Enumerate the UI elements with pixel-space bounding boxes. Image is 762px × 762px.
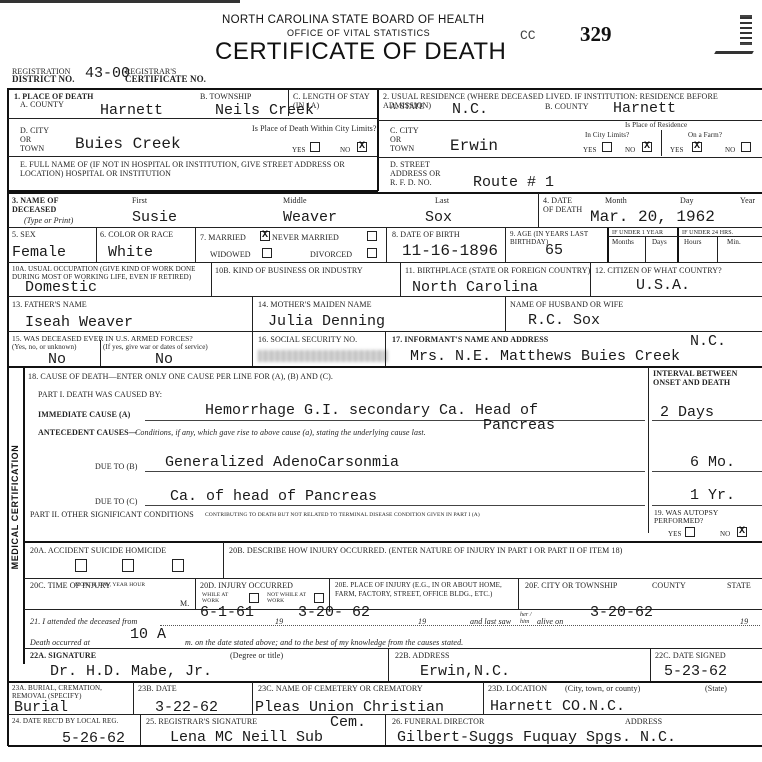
middle-name-label: Middle [283,196,307,205]
divorced-checkbox[interactable] [367,248,377,258]
homicide-checkbox[interactable] [172,559,184,572]
part2-sub-label: CONTRIBUTING TO DEATH BUT NOT RELATED TO… [205,511,480,520]
married-label: 7. MARRIED [200,233,246,242]
rule [160,625,760,626]
rule [24,541,762,543]
rule [8,681,762,683]
pod-city-limits-yes-checkbox[interactable] [310,142,320,152]
autopsy-yes-label: YES [668,530,682,538]
date-received-value: 5-26-62 [62,731,125,747]
hours-label: Hours [684,238,702,247]
res-farm-yes-label: YES [670,146,684,154]
rule [100,340,101,366]
pod-city-limits-label: Is Place of Death Within City Limits? [252,124,377,133]
ssn-label: 16. SOCIAL SECURITY NO. [258,335,357,344]
location-label: 23d. LOCATION [488,684,547,693]
location-state-label: (State) [705,684,727,693]
rule [252,332,253,366]
rule [590,263,591,296]
attended-to-value: 3-20- 62 [298,605,370,621]
months-label: Months [612,238,634,247]
pod-city-label: d. CITY OR TOWN [20,126,50,153]
birthplace-value: North Carolina [412,280,538,296]
armed-forces-label: 15. WAS DECEASED EVER IN U.S. ARMED FORC… [12,334,252,343]
rule [8,296,762,297]
medical-certification-side-label: MEDICAL CERTIFICATION [10,437,24,577]
name-label: 3. NAME OF DECEASED [12,196,72,214]
ssn-redacted [258,350,388,362]
rule [8,192,762,194]
signature-label: 22a. SIGNATURE [30,651,96,660]
death-occurred-suffix: m. on the date stated above; and to the … [185,638,463,647]
last-name-value: Sox [425,210,452,226]
rule [505,228,506,262]
while-at-work-label: WHILE AT WORK [202,592,237,604]
rule [223,542,224,578]
disposition-label: 23a. BURIAL, CREMATION, REMOVAL (Specify… [12,684,132,700]
rule [385,332,386,366]
last-saw-date-value: 3-20-62 [590,605,653,621]
location-value: Harnett CO.N.C. [490,699,625,715]
middle-name-value: Weaver [283,210,337,226]
res-farm-no-label: NO [725,146,735,154]
res-place-label: Is Place of Residence [625,121,687,129]
while-at-work-checkbox[interactable] [249,593,259,603]
date-received-label: 24. DATE REC'D BY LOCAL REG. [12,717,142,725]
res-state-value: N.C. [452,102,488,118]
rule [607,228,609,262]
attended-from-value: 6-1-61 [200,605,254,621]
date-signed-value: 5-23-62 [664,664,727,680]
degree-label: (Degree or title) [230,651,283,660]
rule [400,263,401,296]
suicide-checkbox[interactable] [122,559,134,572]
rule [133,682,134,714]
physician-address-value: Erwin,N.C. [420,664,510,680]
burial-date-label: 23b. DATE [138,684,177,693]
pod-township-label: b. TOWNSHIP [200,92,251,101]
rule [8,118,377,119]
dob-label: 8. DATE OF BIRTH [392,230,460,239]
spouse-label: NAME OF HUSBAND OR WIFE [510,300,623,309]
death-occurred-label: Death occurred at [30,638,90,647]
rule [195,228,196,262]
form-left-border [7,88,9,746]
rule [483,682,484,714]
rule [645,236,646,262]
rule [717,236,718,262]
cemetery-continued: Cem. [330,715,366,731]
certificate-number: 329 [580,22,612,47]
rule [386,228,387,262]
rule [145,471,645,472]
father-label: 13. FATHER'S NAME [12,300,87,309]
accident-checkbox[interactable] [75,559,87,572]
due-to-b-value: Generalized AdenoCarsonmia [165,455,399,471]
date-of-death-value: Mar. 20, 1962 [590,209,715,225]
res-city-value: Erwin [450,138,498,154]
rule [252,682,253,714]
rule [145,505,645,506]
sex-value: Female [12,245,66,261]
autopsy-label: 19. WAS AUTOPSY PERFORMED? [654,509,759,525]
res-city-label: c. CITY OR TOWN [390,126,420,153]
days-label: Days [652,238,667,247]
injury-description-label: 20b. DESCRIBE HOW INJURY OCCURRED. (Ente… [229,546,622,555]
pod-length-of-stay-label: c. LENGTH OF STAY (in 1a) [293,92,373,110]
form-top-border [8,88,762,90]
sex-label: 5. SEX [12,230,36,239]
citizen-label: 12. CITIZEN OF WHAT COUNTRY? [595,266,722,275]
due-to-b-label: DUE TO (b) [95,462,137,471]
rule [652,471,762,472]
due-to-c-label: DUE TO (c) [95,497,137,506]
rule [252,297,253,331]
citizen-value: U.S.A. [636,278,690,294]
place-of-injury-label: 20e. PLACE OF INJURY (e.g., in or about … [335,581,515,599]
top-edge-shadow [0,0,240,3]
mother-label: 14. MOTHER'S MAIDEN NAME [258,300,372,309]
funeral-address-label: ADDRESS [625,717,662,726]
never-married-label: NEVER MARRIED [272,233,339,242]
location-sub-label: (City, town, or county) [565,684,640,693]
rule [518,579,519,609]
dod-year-label: Year [740,196,755,205]
rule [96,228,97,262]
age-value: 65 [545,243,563,259]
res-city-limits-label: In City Limits? [585,131,629,139]
first-name-label: First [132,196,147,205]
signature-value: Dr. H.D. Mabe, Jr. [50,664,212,680]
registration-district-number: 43-00 [85,66,130,82]
interval-b-value: 6 Mo. [690,455,735,471]
rule [538,193,539,227]
spouse-value: R.C. Sox [528,313,600,329]
informant-label: 17. INFORMANT'S NAME AND ADDRESS [392,335,548,344]
rule [8,156,377,157]
rule [8,227,762,228]
occupation-value: Domestic [25,280,97,296]
res-city-yes-label: YES [583,146,597,154]
rule [661,130,662,156]
interval-label: INTERVAL BETWEEN ONSET AND DEATH [653,369,762,387]
time-sub-label: MONTH, DAY, YEAR HOUR [75,581,145,590]
rule [195,579,196,609]
autopsy-no-checkbox[interactable]: X [737,527,747,537]
pod-city-limits-no-label: NO [340,146,350,154]
cause-header: 18. CAUSE OF DEATH—ENTER ONLY ONE CAUSE … [28,372,333,381]
mother-value: Julia Denning [268,314,385,330]
antecedent-label: ANTECEDENT CAUSES— [38,428,137,437]
name-sub-label: (Type or Print) [24,216,73,225]
corner-stamp-icon [715,15,755,59]
widowed-label: WIDOWED [210,250,251,259]
office-title: OFFICE OF VITAL STATISTICS [287,28,430,38]
pod-city-value: Buies Creek [75,136,181,152]
dod-day-label: Day [680,196,694,205]
never-married-checkbox[interactable] [367,231,377,241]
antecedent-text: Conditions, if any, which gave rise to a… [135,428,426,437]
rule [378,157,762,158]
rule [608,236,762,237]
injury-occurred-label: 20d. INJURY OCCURRED [200,581,293,590]
pod-hospital-label: e. FULL NAME OF (If not in hospital or i… [20,160,380,178]
rule [505,297,506,331]
part1-label: PART I. DEATH WAS CAUSED BY: [38,390,162,399]
rule [677,228,679,262]
registrar-signature-value: Lena MC Neill Sub [170,730,323,746]
not-while-at-work-checkbox[interactable] [314,593,324,603]
res-farm-label: On a Farm? [688,131,722,139]
autopsy-yes-checkbox[interactable] [685,527,695,537]
res-county-label: b. COUNTY [545,102,589,111]
rule [24,578,762,579]
interval-c-value: 1 Yr. [690,488,735,504]
res-farm-no-checkbox[interactable] [741,142,751,152]
rule [8,262,762,263]
immediate-cause-continued: Pancreas [483,418,555,434]
married-checkbox[interactable]: X [260,231,270,241]
her-him-label: her / him [520,612,532,626]
part2-label: PART II. OTHER SIGNIFICANT CONDITIONS [30,510,194,519]
res-city-no-label: NO [625,146,635,154]
last-name-label: Last [435,196,449,205]
death-time-value: 10 A [130,627,166,643]
city-township-label: 20f. CITY OR TOWNSHIP [525,581,617,590]
res-city-limits-yes-checkbox[interactable] [602,142,612,152]
res-city-limits-no-checkbox[interactable]: X [642,142,652,152]
min-label: Min. [727,238,741,247]
funeral-director-label: 26. FUNERAL DIRECTOR [392,717,484,726]
registrar-cert-label-2: CERTIFICATE NO. [125,75,206,84]
cemetery-label: 23c. NAME OF CEMETERY OR CREMATORY [258,684,423,693]
rule [145,420,645,421]
pod-city-limits-no-checkbox[interactable]: X [357,142,367,152]
date-signed-label: 22c. DATE SIGNED [655,651,726,660]
immediate-cause-label: IMMEDIATE CAUSE (a) [38,410,130,419]
pod-city-limits-yes-label: YES [292,146,306,154]
injury-county-label: COUNTY [652,581,686,590]
widowed-checkbox[interactable] [262,248,272,258]
res-street-value: Route # 1 [473,175,554,191]
rule [388,649,389,681]
attended-label: 21. I attended the deceased from [30,617,137,626]
rule [211,263,212,296]
res-county-value: Harnett [613,101,676,117]
birthplace-label: 11. BIRTHPLACE (State or foreign country… [405,266,590,275]
father-value: Iseah Weaver [25,315,133,331]
pod-county-label: a. COUNTY [20,100,64,109]
informant-state: N.C. [690,334,726,350]
rule [652,420,762,421]
pod-divider [288,90,289,116]
date-of-death-label: 4. DATE OF DEATH [543,196,583,214]
registration-district-label-2: DISTRICT NO. [12,75,75,84]
divorced-label: DIVORCED [310,250,352,259]
rule [24,648,762,649]
pod-county-value: Harnett [100,103,163,119]
rule [652,505,762,506]
business-label: 10b. KIND OF BUSINESS OR INDUSTRY [215,266,363,275]
rule [378,120,762,121]
dod-month-label: Month [605,196,627,205]
res-street-label: d. STREET ADDRESS or R. F. D. NO. [390,160,445,187]
informant-value: Mrs. N.E. Matthews Buies Creek [410,349,680,365]
res-farm-yes-checkbox[interactable]: X [692,142,702,152]
registrar-signature-label: 25. REGISTRAR'S SIGNATURE [146,717,257,726]
time-m-label: M. [180,599,189,608]
first-name-value: Susie [132,210,177,226]
rule [650,649,651,681]
race-value: White [108,245,153,261]
dob-value: 11-16-1896 [402,243,498,259]
injury-state-label: STATE [727,581,751,590]
immediate-interval-value: 2 Days [660,405,714,421]
armed-forces-sub-label: (Yes, no, or unknown) [12,343,77,351]
accident-label: 20a. ACCIDENT SUICIDE HOMICIDE [30,546,166,555]
physician-address-label: 22b. ADDRESS [395,651,450,660]
race-label: 6. COLOR OR RACE [100,230,173,239]
war-label: (If yes, give war or dates of service) [103,343,208,351]
interval-divider [648,367,649,533]
autopsy-no-label: NO [720,530,730,538]
funeral-director-value: Gilbert-Suggs Fuquay Spgs. N.C. [397,730,676,746]
agency-title: NORTH CAROLINA STATE BOARD OF HEALTH [222,14,484,26]
stamp-mark: CC [520,28,536,44]
due-to-c-value: Ca. of head of Pancreas [170,489,377,505]
rule [385,715,386,745]
res-state-label: a. STATE [390,102,424,111]
rule [140,715,141,745]
certificate-title: CERTIFICATE OF DEATH [215,38,506,66]
not-while-at-work-label: NOT WHILE AT WORK [267,592,307,604]
